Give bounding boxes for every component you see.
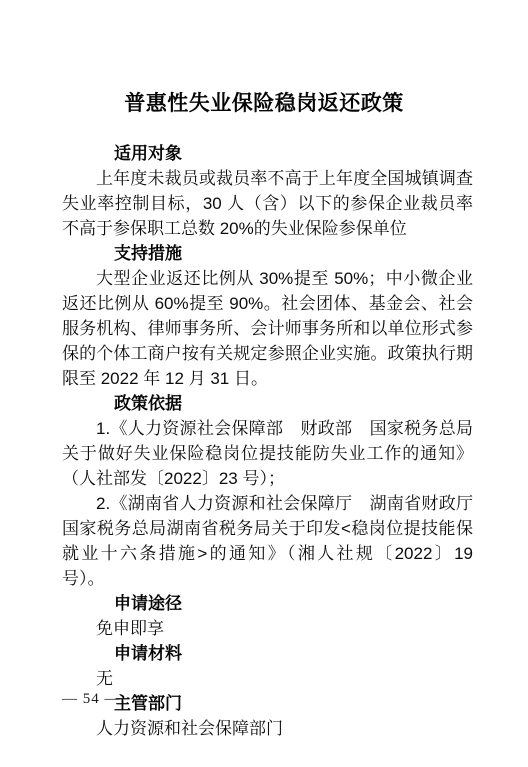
paragraph-applicable-targets: 上年度未裁员或裁员率不高于上年度全国城镇调查失业率控制目标，30 人（含）以下的… bbox=[62, 166, 473, 241]
paragraph-policy-basis-item-1: 1.《人力资源社会保障部 财政部 国家税务总局关于做好失业保险稳岗位提技能防失业… bbox=[62, 416, 473, 491]
section-heading-competent-department: 主管部门 bbox=[62, 691, 473, 716]
page-title: 普惠性失业保险稳岗返还政策 bbox=[0, 87, 528, 117]
paragraph-support-measures: 大型企业返还比例从 30%提至 50%；中小微企业返还比例从 60%提至 90%… bbox=[62, 266, 473, 391]
section-heading-application-materials: 申请材料 bbox=[62, 641, 473, 666]
section-heading-support-measures: 支持措施 bbox=[62, 241, 473, 266]
paragraph-application-channel: 免申即享 bbox=[62, 616, 473, 641]
page-number: — 54 — bbox=[62, 691, 121, 708]
document-page: 普惠性失业保险稳岗返还政策 适用对象 上年度未裁员或裁员率不高于上年度全国城镇调… bbox=[0, 0, 528, 767]
paragraph-application-materials: 无 bbox=[62, 666, 473, 691]
section-heading-policy-basis: 政策依据 bbox=[62, 391, 473, 416]
section-heading-application-channel: 申请途径 bbox=[62, 591, 473, 616]
section-heading-applicable-targets: 适用对象 bbox=[62, 141, 473, 166]
document-body: 适用对象 上年度未裁员或裁员率不高于上年度全国城镇调查失业率控制目标，30 人（… bbox=[62, 141, 473, 741]
paragraph-competent-department: 人力资源和社会保障部门 bbox=[62, 716, 473, 741]
paragraph-policy-basis-item-2: 2.《湖南省人力资源和社会保障厅 湖南省财政厅 国家税务总局湖南省税务局关于印发… bbox=[62, 491, 473, 591]
